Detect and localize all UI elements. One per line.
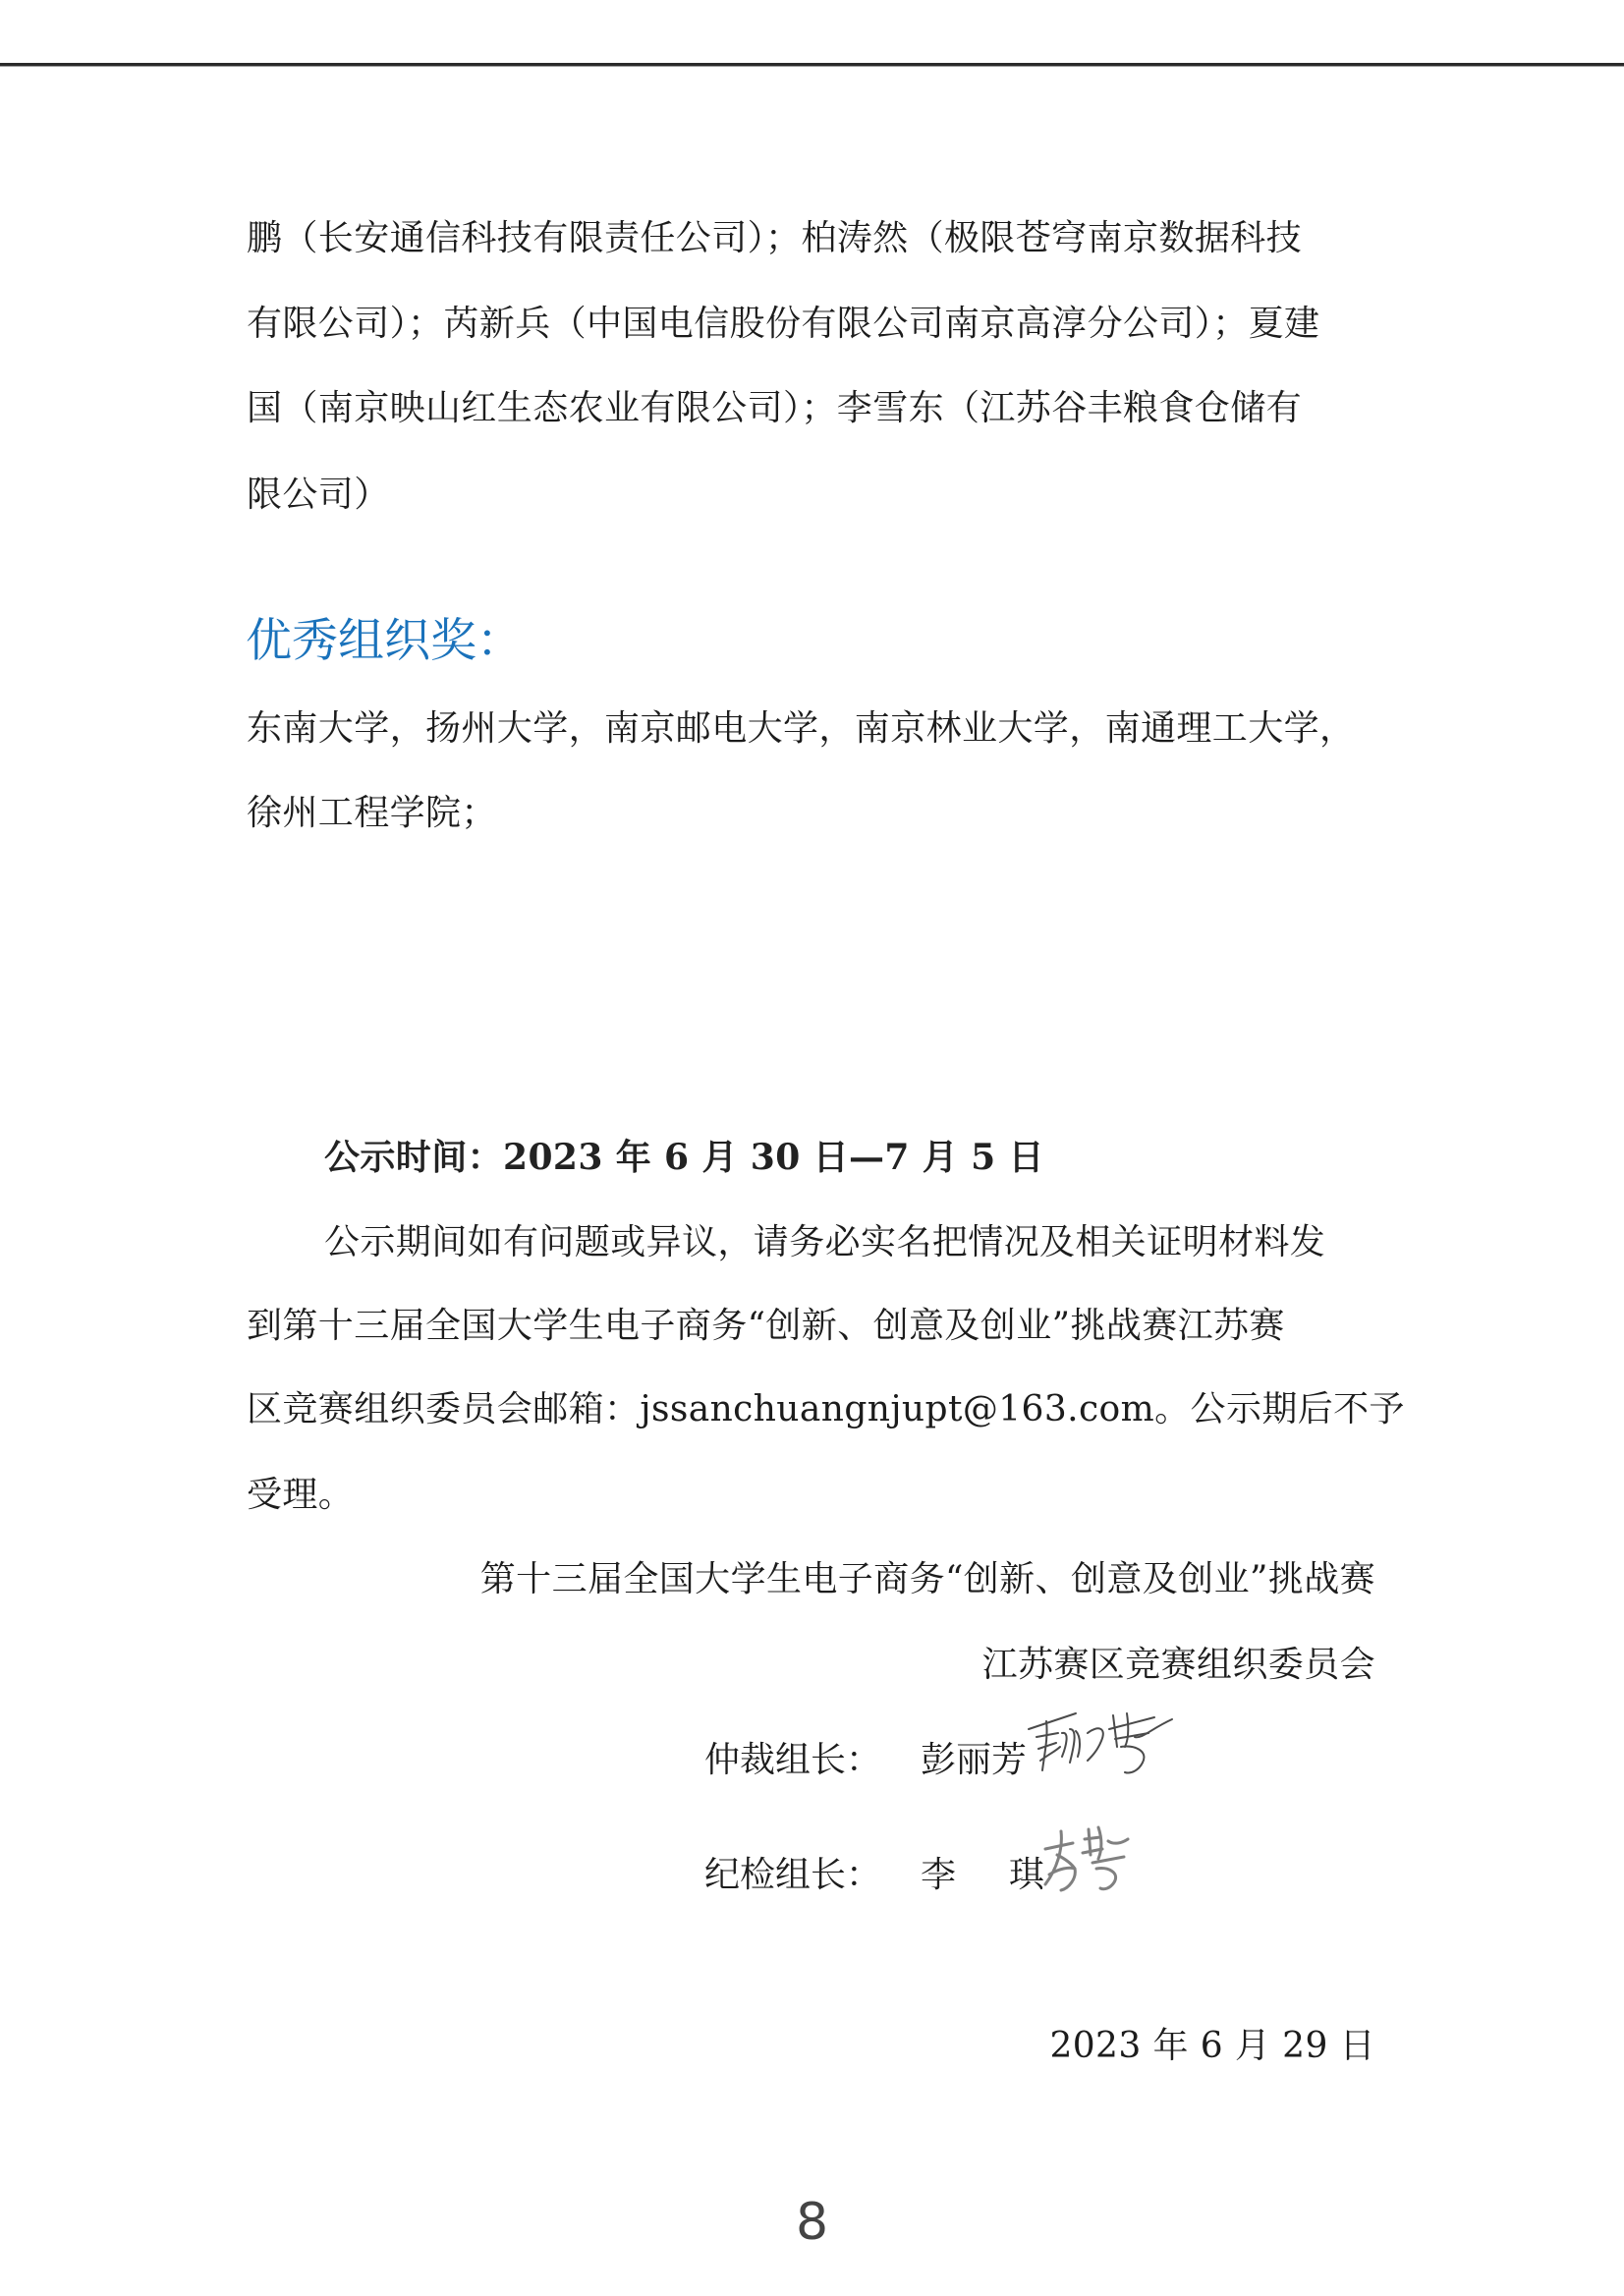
winners-line-1: 鹏（长安通信科技有限责任公司）；柏涛然（极限苍穹南京数据科技 (247, 217, 1302, 260)
signature-discipline-icon (1039, 1820, 1133, 1896)
winners-line-3: 国（南京映山红生态农业有限公司）；李雪东（江苏谷丰粮食仓储有 (247, 387, 1302, 430)
arbitration-name: 彭丽芳 (921, 1739, 1027, 1782)
notice-period: 公示时间：2023 年 6 月 30 日—7 月 5 日 (324, 1136, 1044, 1179)
document-date: 2023 年 6 月 29 日 (1049, 2025, 1375, 2068)
organization-award-line-1: 东南大学，扬州大学，南京邮电大学，南京林业大学，南通理工大学， (247, 707, 1355, 751)
page-number: 8 (0, 2193, 1624, 2252)
notice-line-4: 受理。 (247, 1474, 354, 1517)
discipline-label: 纪检组长： (704, 1854, 881, 1897)
notice-line-3: 区竞赛组织委员会邮箱：jssanchuangnjupt@163.com。公示期后… (247, 1388, 1405, 1431)
discipline-row: 纪检组长：李琪 (704, 1854, 1044, 1897)
organization-award-heading: 优秀组织奖： (246, 615, 523, 668)
signature-arbitration-icon (1027, 1708, 1174, 1778)
organizer-line-2: 江苏赛区竞赛组织委员会 (982, 1644, 1375, 1687)
discipline-name-surname: 李 (921, 1854, 956, 1897)
notice-line-2: 到第十三届全国大学生电子商务“创新、创意及创业”挑战赛江苏赛 (247, 1305, 1285, 1348)
arbitration-row: 仲裁组长：彭丽芳 (704, 1739, 1027, 1782)
header-rule (0, 63, 1624, 67)
notice-line-1: 公示期间如有问题或异议，请务必实名把情况及相关证明材料发 (324, 1221, 1325, 1264)
winners-line-2: 有限公司）；芮新兵（中国电信股份有限公司南京高淳分公司）；夏建 (247, 303, 1319, 346)
organization-award-line-2: 徐州工程学院； (247, 792, 497, 835)
organizer-line-1: 第十三届全国大学生电子商务“创新、创意及创业”挑战赛 (480, 1558, 1375, 1601)
winners-line-4: 限公司） (247, 474, 390, 517)
arbitration-label: 仲裁组长： (704, 1739, 881, 1782)
